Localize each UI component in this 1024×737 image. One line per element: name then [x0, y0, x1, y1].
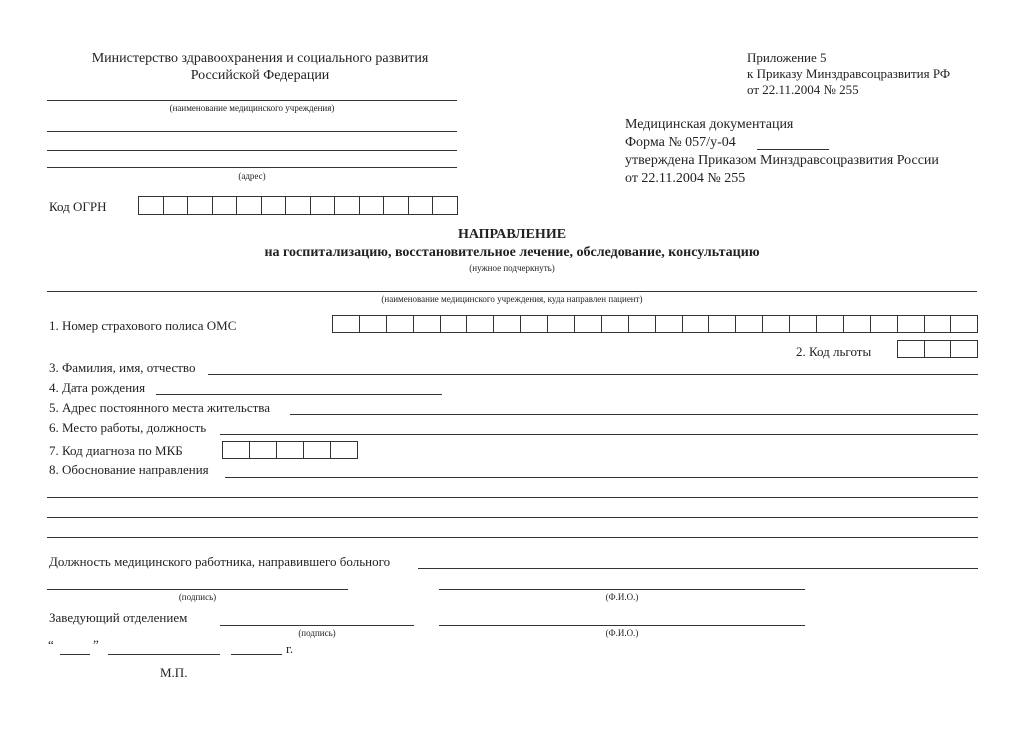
doc-date: от 22.11.2004 № 255: [625, 170, 939, 188]
box-cell[interactable]: [277, 441, 304, 459]
address-line-3[interactable]: [47, 167, 457, 168]
box-cell[interactable]: [409, 196, 434, 215]
signature-caption-1: (подпись): [47, 592, 348, 603]
benefit-label: 2. Код льготы: [796, 344, 871, 360]
month-line[interactable]: [108, 654, 220, 655]
box-cell[interactable]: [414, 315, 441, 333]
benefit-boxes[interactable]: [897, 340, 978, 358]
ogrn-label: Код ОГРН: [49, 199, 107, 215]
ministry-line-1: Министерство здравоохранения и социально…: [50, 50, 470, 67]
box-cell[interactable]: [213, 196, 238, 215]
box-cell[interactable]: [384, 196, 409, 215]
box-cell[interactable]: [441, 315, 468, 333]
head-of-department-label: Заведующий отделением: [49, 610, 187, 626]
box-cell[interactable]: [817, 315, 844, 333]
box-cell[interactable]: [139, 196, 164, 215]
doc-line-1: Медицинская документация: [625, 116, 939, 134]
address-line-2[interactable]: [47, 150, 457, 151]
day-line[interactable]: [60, 654, 90, 655]
position-line[interactable]: [418, 568, 978, 569]
position-label: Должность медицинского работника, направ…: [49, 554, 390, 570]
box-cell[interactable]: [575, 315, 602, 333]
box-cell[interactable]: [951, 340, 978, 358]
box-cell[interactable]: [709, 315, 736, 333]
box-cell[interactable]: [898, 315, 925, 333]
reason-line-1[interactable]: [225, 477, 978, 478]
reason-line-2[interactable]: [47, 497, 978, 498]
box-cell[interactable]: [548, 315, 575, 333]
box-cell[interactable]: [629, 315, 656, 333]
box-cell[interactable]: [763, 315, 790, 333]
doc-approved: утверждена Приказом Минздравсоцразвития …: [625, 152, 939, 170]
reason-line-4[interactable]: [47, 537, 978, 538]
box-cell[interactable]: [871, 315, 898, 333]
quote-open: “: [48, 637, 54, 653]
fio-caption-1: (Ф.И.О.): [439, 592, 805, 603]
policy-boxes[interactable]: [332, 315, 978, 333]
year-line[interactable]: [231, 654, 282, 655]
box-cell[interactable]: [951, 315, 978, 333]
address-caption: (адрес): [47, 171, 457, 182]
box-cell[interactable]: [164, 196, 189, 215]
fio-caption-2: (Ф.И.О.): [439, 628, 805, 639]
residence-address-line[interactable]: [290, 414, 978, 415]
appendix-block: Приложение 5 к Приказу Минздравсоцразвит…: [747, 50, 950, 98]
box-cell[interactable]: [925, 340, 952, 358]
ogrn-boxes[interactable]: [138, 196, 458, 215]
birth-date-label: 4. Дата рождения: [49, 380, 145, 396]
address-line-1[interactable]: [47, 131, 457, 132]
form-info-block: Медицинская документация Форма № 057/у-0…: [625, 116, 939, 188]
box-cell[interactable]: [360, 196, 385, 215]
box-cell[interactable]: [521, 315, 548, 333]
box-cell[interactable]: [602, 315, 629, 333]
target-institution-caption: (наименование медицинского учреждения, к…: [47, 294, 977, 305]
signature-line-2[interactable]: [220, 625, 414, 626]
box-cell[interactable]: [262, 196, 287, 215]
box-cell[interactable]: [790, 315, 817, 333]
box-cell[interactable]: [467, 315, 494, 333]
appendix-line-1: Приложение 5: [747, 50, 950, 66]
box-cell[interactable]: [925, 315, 952, 333]
quote-close: ”: [93, 637, 99, 653]
icd-label: 7. Код диагноза по МКБ: [49, 443, 183, 459]
box-cell[interactable]: [387, 315, 414, 333]
box-cell[interactable]: [188, 196, 213, 215]
box-cell[interactable]: [683, 315, 710, 333]
box-cell[interactable]: [360, 315, 387, 333]
underline-note: (нужное подчеркнуть): [0, 263, 1024, 274]
box-cell[interactable]: [237, 196, 262, 215]
full-name-label: 3. Фамилия, имя, отчество: [49, 360, 195, 376]
fio-line-1[interactable]: [439, 589, 805, 590]
reason-line-3[interactable]: [47, 517, 978, 518]
box-cell[interactable]: [250, 441, 277, 459]
fio-line-2[interactable]: [439, 625, 805, 626]
box-cell[interactable]: [494, 315, 521, 333]
reason-label: 8. Обоснование направления: [49, 462, 209, 478]
document-title: НАПРАВЛЕНИЕ: [0, 226, 1024, 243]
ministry-line-2: Российской Федерации: [50, 67, 470, 84]
year-suffix: г.: [286, 641, 293, 657]
work-label: 6. Место работы, должность: [49, 420, 206, 436]
institution-caption: (наименование медицинского учреждения): [47, 103, 457, 114]
full-name-line[interactable]: [208, 374, 978, 375]
box-cell[interactable]: [898, 340, 925, 358]
signature-line-1[interactable]: [47, 589, 348, 590]
box-cell[interactable]: [433, 196, 458, 215]
icd-boxes[interactable]: [222, 441, 358, 459]
appendix-line-3: от 22.11.2004 № 255: [747, 82, 950, 98]
box-cell[interactable]: [656, 315, 683, 333]
document-subtitle: на госпитализацию, восстановительное леч…: [0, 244, 1024, 261]
box-cell[interactable]: [286, 196, 311, 215]
box-cell[interactable]: [335, 196, 360, 215]
box-cell[interactable]: [331, 441, 358, 459]
appendix-line-2: к Приказу Минздравсоцразвития РФ: [747, 66, 950, 82]
box-cell[interactable]: [223, 441, 250, 459]
address-label: 5. Адрес постоянного места жительства: [49, 400, 270, 416]
signature-caption-2: (подпись): [220, 628, 414, 639]
ministry-title: Министерство здравоохранения и социально…: [50, 50, 470, 84]
policy-label: 1. Номер страхового полиса ОМС: [49, 318, 236, 334]
birth-date-line[interactable]: [156, 394, 442, 395]
institution-name-line[interactable]: [47, 100, 457, 101]
box-cell[interactable]: [736, 315, 763, 333]
target-institution-line[interactable]: [47, 291, 977, 292]
form-number-line[interactable]: [757, 149, 829, 150]
box-cell[interactable]: [304, 441, 331, 459]
box-cell[interactable]: [311, 196, 336, 215]
box-cell[interactable]: [333, 315, 360, 333]
stamp-placeholder: М.П.: [160, 665, 187, 681]
work-line[interactable]: [220, 434, 978, 435]
box-cell[interactable]: [844, 315, 871, 333]
